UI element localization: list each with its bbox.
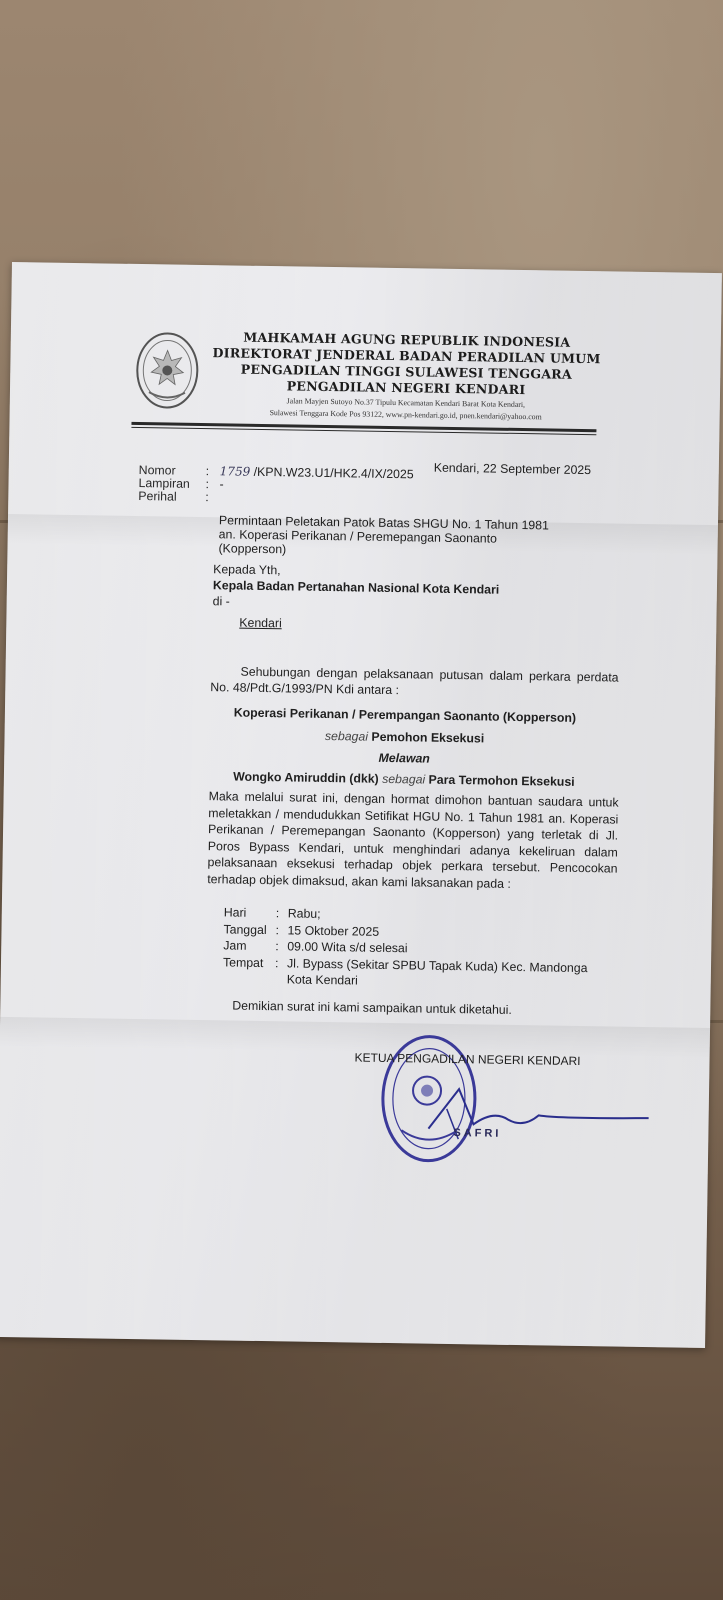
schedule-value: 09.00 Wita s/d selesai <box>287 938 408 956</box>
schedule-block: Hari:Rabu;Tanggal:15 Oktober 2025Jam:09.… <box>223 904 644 993</box>
opening-paragraph: Sehubungan dengan pelaksanaan putusan da… <box>210 663 618 701</box>
schedule-colon <box>275 971 287 988</box>
schedule-colon: : <box>275 922 287 939</box>
opening-text: Sehubungan dengan pelaksanaan putusan da… <box>210 665 618 697</box>
schedule-label: Tempat <box>223 954 275 971</box>
role-prefix: sebagai <box>382 772 425 787</box>
signatory-name: SAFRI <box>453 1127 501 1140</box>
party-respondent: Wongko Amiruddin (dkk) sebagai Para Term… <box>204 769 604 789</box>
handwritten-number: 1759 <box>220 464 251 478</box>
closing-sentence: Demikian surat ini kami sampaikan untuk … <box>232 999 512 1017</box>
schedule-colon: : <box>275 938 287 955</box>
schedule-label <box>223 970 275 987</box>
schedule-value: 15 Oktober 2025 <box>287 922 379 940</box>
schedule-value: Kota Kendari <box>287 971 358 989</box>
schedule-colon: : <box>275 955 287 972</box>
role-prefix: sebagai <box>325 729 368 744</box>
role-label: Para Termohon Eksekusi <box>429 773 575 789</box>
court-emblem-icon <box>134 330 201 411</box>
request-paragraph: Maka melalui surat ini, dengan hormat di… <box>207 788 619 894</box>
party-applicant-role: sebagai Pemohon Eksekusi <box>204 727 604 747</box>
meta-colon: : <box>205 491 219 504</box>
versus-label: Melawan <box>204 748 604 768</box>
meta-label: Perihal <box>138 490 205 504</box>
respondent-name: Wongko Amiruddin (dkk) <box>233 770 379 786</box>
letter-page: MAHKAMAH AGUNG REPUBLIK INDONESIA DIREKT… <box>0 262 722 1348</box>
recipient-city: Kendari <box>239 616 282 631</box>
role-label: Pemohon Eksekusi <box>371 730 484 746</box>
schedule-label: Hari <box>224 904 276 921</box>
schedule-label: Jam <box>223 937 275 954</box>
subject-text: Permintaan Peletakan Patok Batas SHGU No… <box>218 513 549 560</box>
schedule-value: Rabu; <box>288 905 321 922</box>
schedule-colon: : <box>276 905 288 922</box>
letterhead: MAHKAMAH AGUNG REPUBLIK INDONESIA DIREKT… <box>206 329 607 423</box>
letter-meta: Nomor : 1759 /KPN.W23.U1/HK2.4/IX/2025 L… <box>138 464 619 511</box>
signature-scribble <box>398 1068 659 1152</box>
party-applicant: Koperasi Perikanan / Perempangan Saonant… <box>205 705 605 725</box>
schedule-label: Tanggal <box>223 921 275 938</box>
recipient-block: Kepada Yth, Kepala Badan Pertanahan Nasi… <box>213 561 500 613</box>
